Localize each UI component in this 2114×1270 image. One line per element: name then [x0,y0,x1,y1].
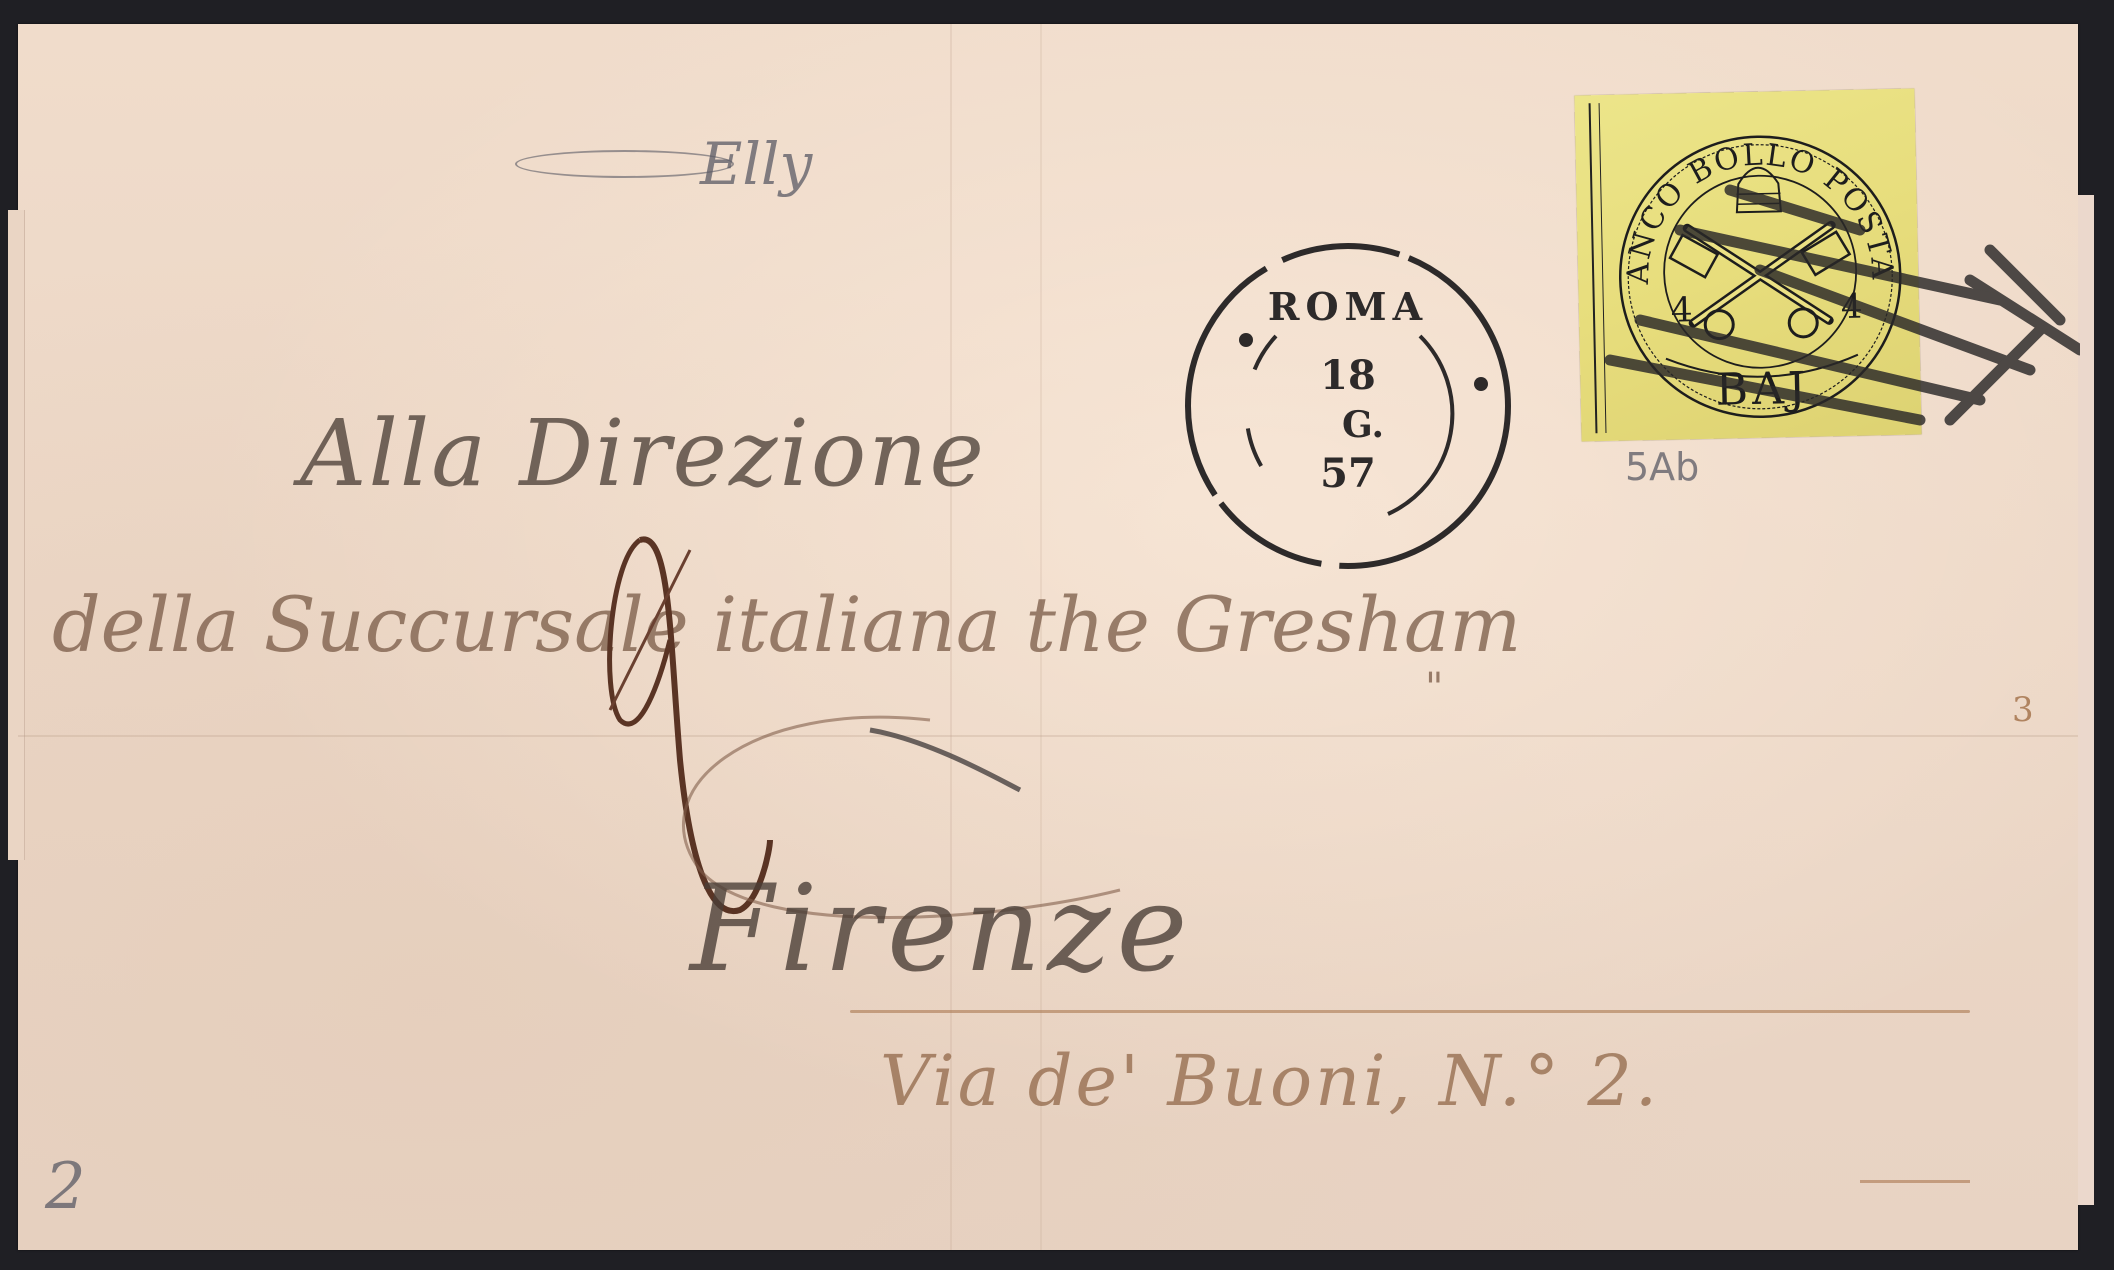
barred-cancel-mark [1560,120,2080,450]
postage-due-mark: 2 [628,630,723,804]
postmark-month: G. [1178,404,1518,446]
pencil-signature: Elly [700,130,812,198]
cover-flap-left [8,210,25,860]
postmark-year: 57 [1178,450,1518,497]
pencil-corner-number: 2 [45,1150,86,1224]
address-street: Via de' Buoni, N.° 2. [880,1040,1660,1122]
address-underline [850,1010,1970,1013]
catalog-number-note: 5Ab [1625,445,1699,489]
cover-flap-right [2078,195,2094,1205]
street-underline [1860,1180,1970,1183]
postmark-city: ROMA [1178,284,1518,329]
small-mark-right: 3 [2012,690,2034,730]
address-line-1: Alla Direzione [300,400,986,507]
postmark-day: 18 [1178,352,1518,399]
address-city: Firenze [690,860,1194,999]
ditto-mark: " [1425,665,1443,711]
